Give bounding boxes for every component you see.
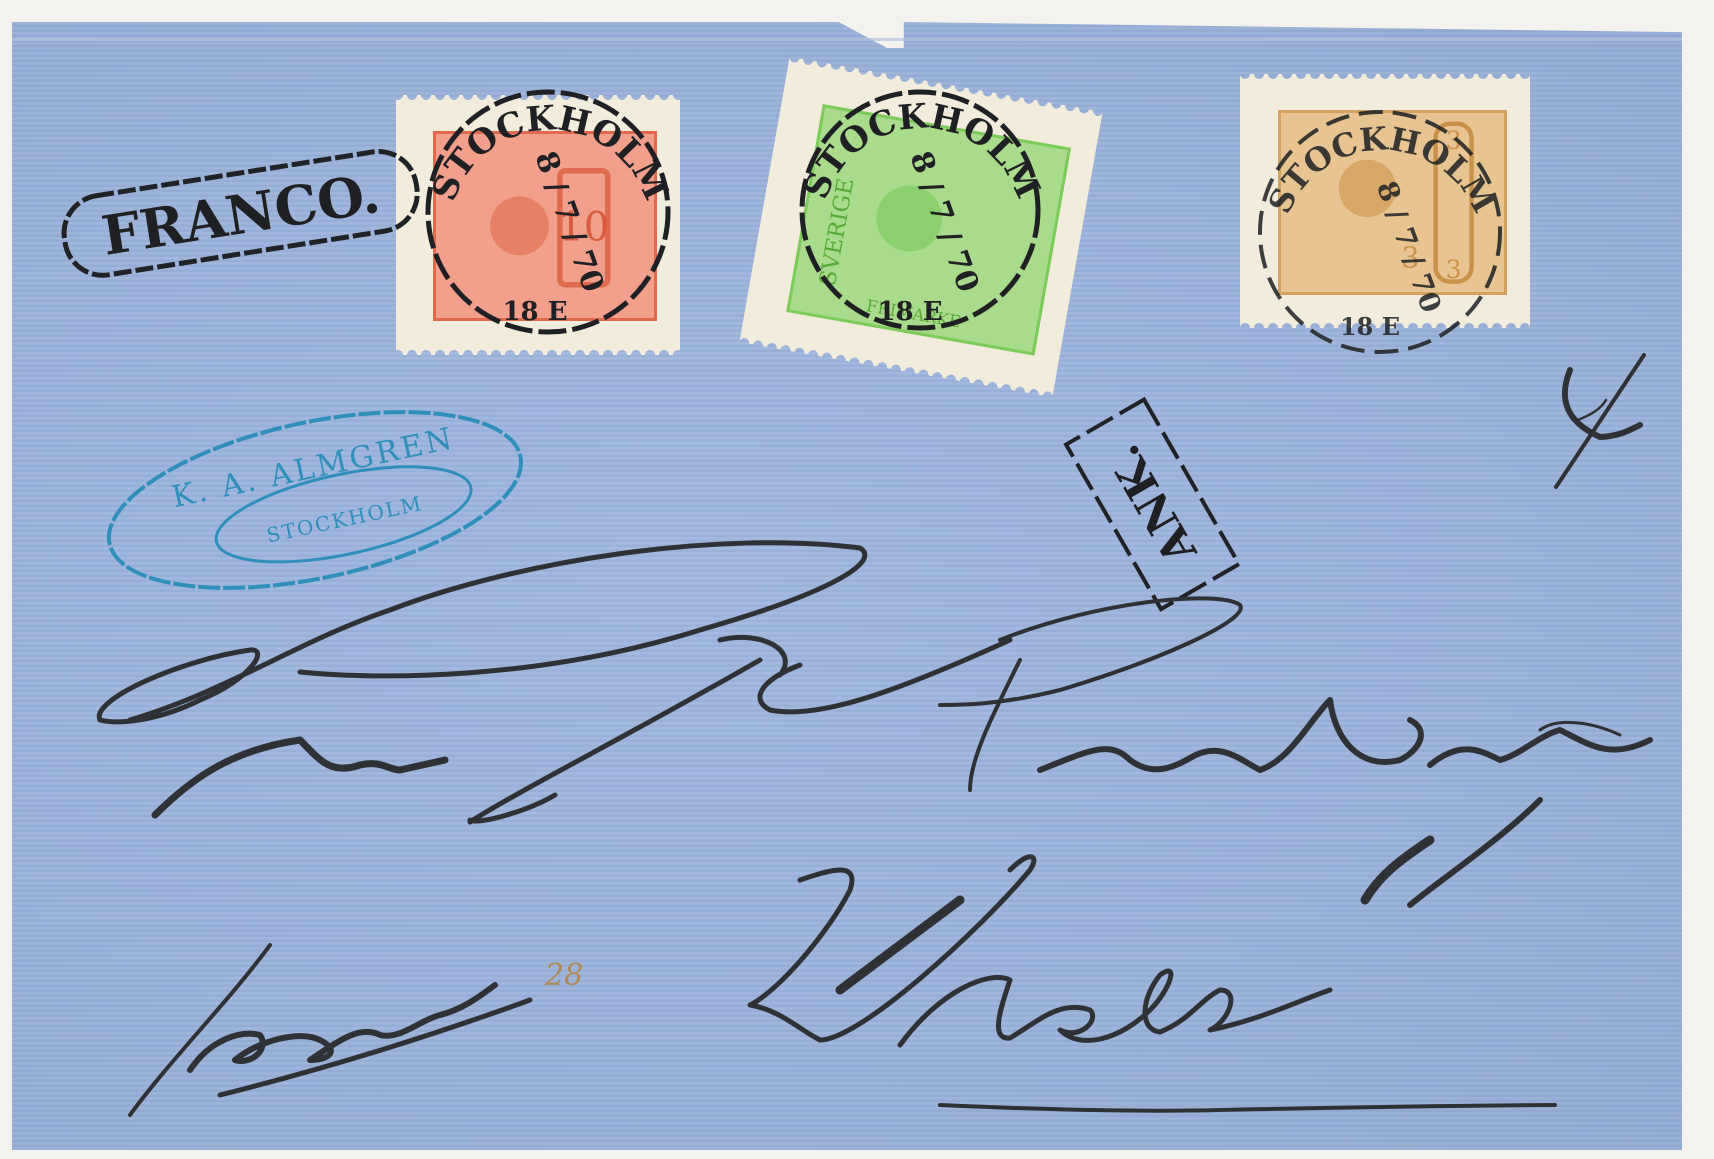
rate-mark-text: 4 [0,0,1,1]
envelope-fold-line [12,38,1682,41]
svg-text:3: 3 [1401,240,1419,274]
stamp-design: SVERIGE FRIMARKE [786,104,1070,356]
lion-shield-icon: 3 3 3 [1281,113,1504,292]
coat-of-arms-icon: SVERIGE FRIMARKE [790,107,1067,352]
red-10-ore-stamp: 10 [396,95,680,355]
crown-arms-icon: 10 [436,134,654,318]
svg-text:Herr J. E. Husberg: Herr J. E. Husberg [0,0,10,1]
ochre-3-ore-stamp: 3 3 3 [1240,74,1530,328]
svg-text:3: 3 [1445,125,1461,154]
svg-text:SVERIGE: SVERIGE [815,176,860,288]
svg-text:franco: franco [0,0,4,1]
svg-text:Wasa: Wasa [0,0,3,1]
svg-text:FRIMARKE: FRIMARKE [865,296,962,331]
svg-text:3: 3 [1445,255,1461,284]
stamp-design: 10 [433,131,657,321]
svg-text:10: 10 [558,203,609,251]
stamp-design: 3 3 3 [1278,110,1507,295]
green-5-ore-stamp: SVERIGE FRIMARKE [739,57,1103,398]
